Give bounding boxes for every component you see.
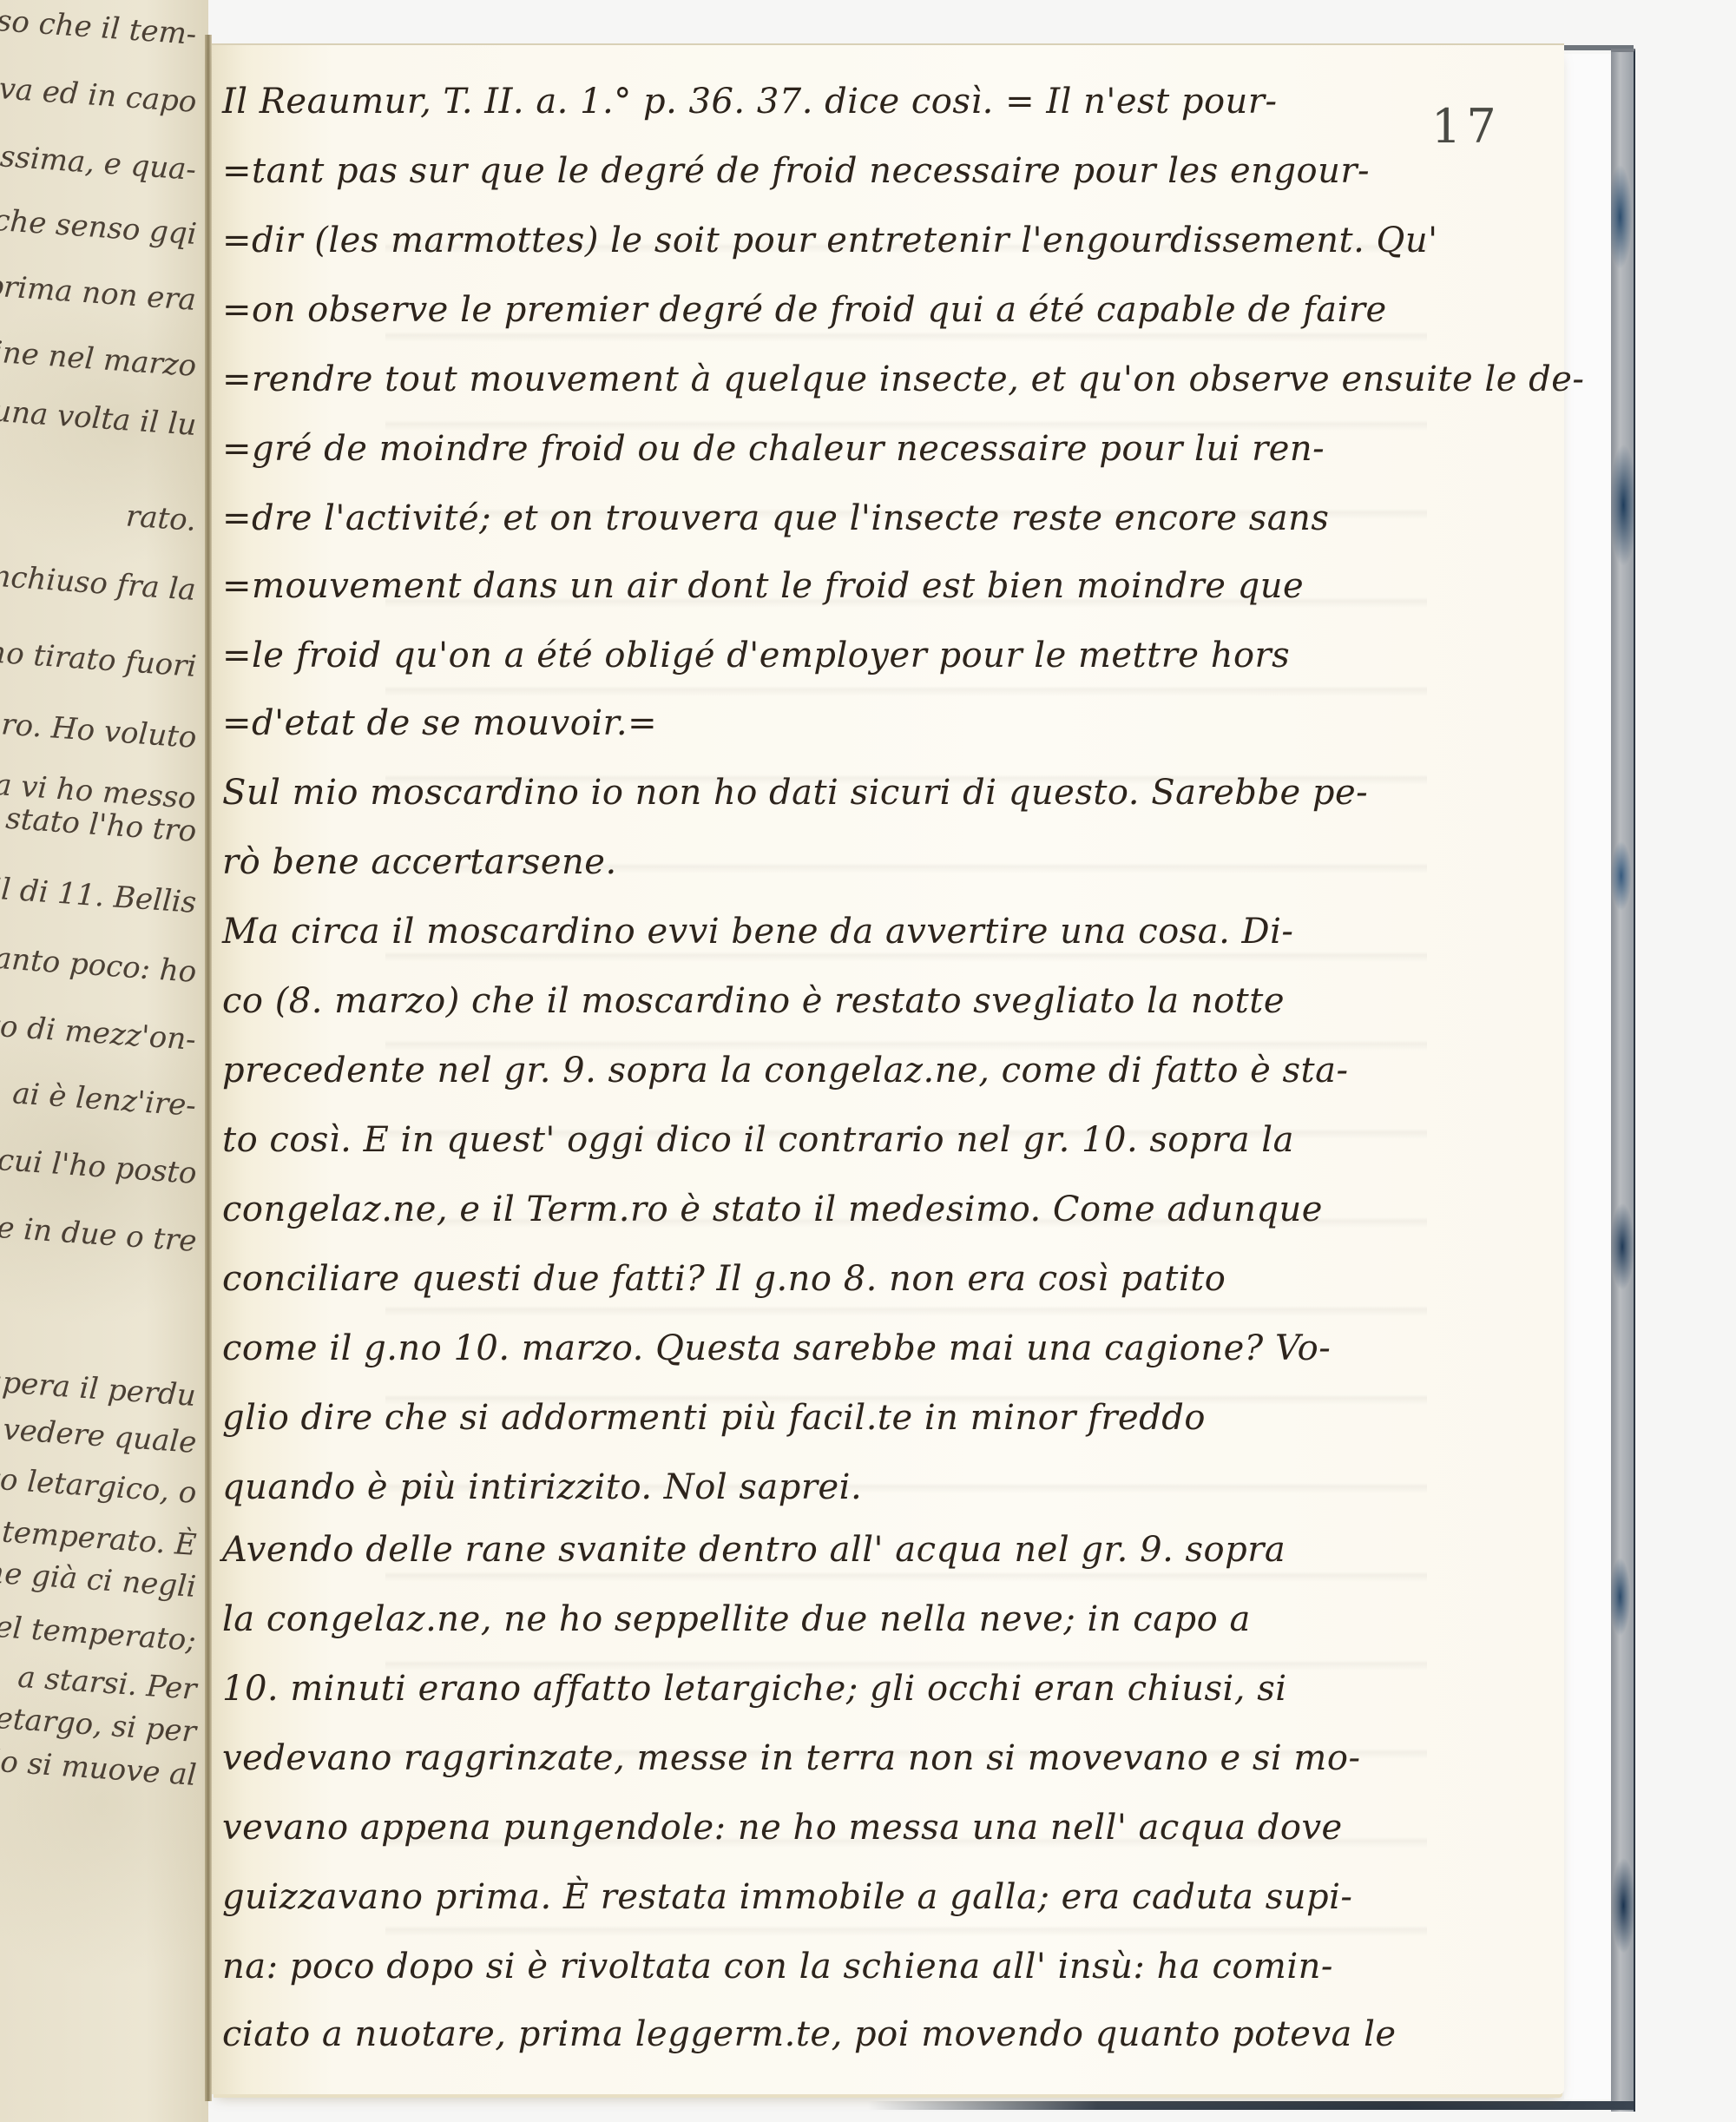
- manuscript-line: quando è più intirizzito. Nol saprei.: [222, 1467, 862, 1507]
- left-fragment-line: geto di mezz'on-: [0, 1005, 197, 1058]
- left-fragment-line: nel temperato;: [0, 1608, 197, 1658]
- manuscript-line: vevano appena pungendole: ne ho messa un…: [222, 1808, 1343, 1848]
- manuscript-line: to così. E in quest' oggi dico il contra…: [222, 1120, 1294, 1160]
- manuscript-line: =gré de moindre froid ou de chaleur nece…: [222, 429, 1325, 469]
- right-page: 17 Il Reaumur, T. II. a. 1.° p. 36. 37. …: [212, 43, 1564, 2094]
- manuscript-line: Ma circa il moscardino evvi bene da avve…: [222, 912, 1293, 952]
- manuscript-line: =dre l'activité; et on trouvera que l'in…: [222, 498, 1329, 538]
- manuscript-line: =on observe le premier degré de froid qu…: [222, 290, 1387, 330]
- left-fragment-line: in cui l'ho posto: [0, 1140, 197, 1191]
- left-fragment-line: e in due o tre: [0, 1210, 197, 1259]
- manuscript-line: =d'etat de se mouvoir.=: [222, 703, 657, 743]
- manuscript-line: guizzavano prima. È restata immobile a g…: [222, 1877, 1352, 1917]
- manuscript-line: Avendo delle rane svanite dentro all' ac…: [222, 1530, 1286, 1570]
- left-fragment-line: nel temperato. È: [0, 1511, 197, 1563]
- manuscript-line: Il Reaumur, T. II. a. 1.° p. 36. 37. dic…: [222, 82, 1277, 122]
- left-fragment-line: estrine nel marzo: [0, 331, 197, 384]
- manuscript-line: vedevano raggrinzate, messe in terra non…: [222, 1738, 1360, 1778]
- manuscript-line: =rendre tout mouvement à quelque insecte…: [222, 359, 1584, 399]
- left-page-fragment: verso che il tem- rendeva ed in capo eri…: [0, 0, 208, 2122]
- page-number: 17: [1431, 99, 1502, 154]
- left-fragment-line: il di 11. Bellis: [0, 872, 197, 920]
- left-fragment-line: vedere quale: [2, 1412, 198, 1460]
- manuscript-line: rò bene accertarsene.: [222, 842, 617, 882]
- manuscript-line: come il g.no 10. marzo. Questa sarebbe m…: [222, 1328, 1331, 1368]
- left-fragment-line: ro. Ho voluto: [0, 707, 197, 755]
- manuscript-line: ciato a nuotare, prima leggerm.te, poi m…: [222, 2014, 1397, 2054]
- left-fragment-line: rinchiuso fra la: [0, 557, 197, 608]
- manuscript-line: la congelaz.ne, ne ho seppellite due nel…: [222, 1599, 1251, 1639]
- book-gutter: [205, 35, 212, 2101]
- manuscript-line: congelaz.ne, e il Term.ro è stato il med…: [222, 1190, 1323, 1229]
- left-fragment-line: verso che il tem-: [0, 0, 197, 52]
- left-fragment-line: che prima non era: [0, 264, 197, 318]
- left-fragment-line: ricupera il perdu: [0, 1361, 197, 1414]
- manuscript-line: conciliare questi due fatti? Il g.no 8. …: [222, 1259, 1226, 1299]
- marbled-cover-edge: [1611, 49, 1635, 2112]
- manuscript-line: =mouvement dans un air dont le froid est…: [222, 566, 1304, 606]
- left-fragment-line: rendeva ed in capo: [0, 65, 197, 120]
- left-fragment-line: tanto poco: ho: [0, 940, 197, 990]
- manuscript-line: 10. minuti erano affatto letargiche; gli…: [222, 1669, 1287, 1709]
- manuscript-line: =dir (les marmottes) le soit pour entret…: [222, 221, 1438, 260]
- manuscript-line: =tant pas sur que le degré de froid nece…: [222, 151, 1370, 191]
- left-fragment-line: ho tirato fuori: [0, 635, 197, 684]
- left-fragment-line: i d'una volta il lu: [0, 391, 197, 443]
- cover-bottom-edge: [868, 2101, 1634, 2110]
- left-fragment-line: che senso gqi: [0, 203, 197, 252]
- manuscript-line: glio dire che si addormenti più facil.te…: [222, 1398, 1206, 1438]
- left-fragment-line: a starsi. Per: [16, 1660, 198, 1707]
- left-fragment-line: eritantissima, e qua-: [0, 131, 197, 188]
- left-fragment-line: atto letargico, o: [0, 1460, 197, 1511]
- left-fragment-line: rato.: [125, 498, 197, 538]
- manuscript-line: Sul mio moscardino io non ho dati sicuri…: [222, 773, 1368, 813]
- manuscript-line: =le froid qu'on a été obligé d'employer …: [222, 636, 1290, 675]
- left-fragment-line: ai è lenz'ire-: [11, 1076, 197, 1124]
- manuscript-line: precedente nel gr. 9. sopra la congelaz.…: [222, 1051, 1349, 1091]
- left-fragment-line: ndolo si muove al: [0, 1740, 197, 1793]
- manuscript-line: na: poco dopo si è rivoltata con la schi…: [222, 1947, 1333, 1987]
- manuscript-line: co (8. marzo) che il moscardino è restat…: [222, 981, 1285, 1021]
